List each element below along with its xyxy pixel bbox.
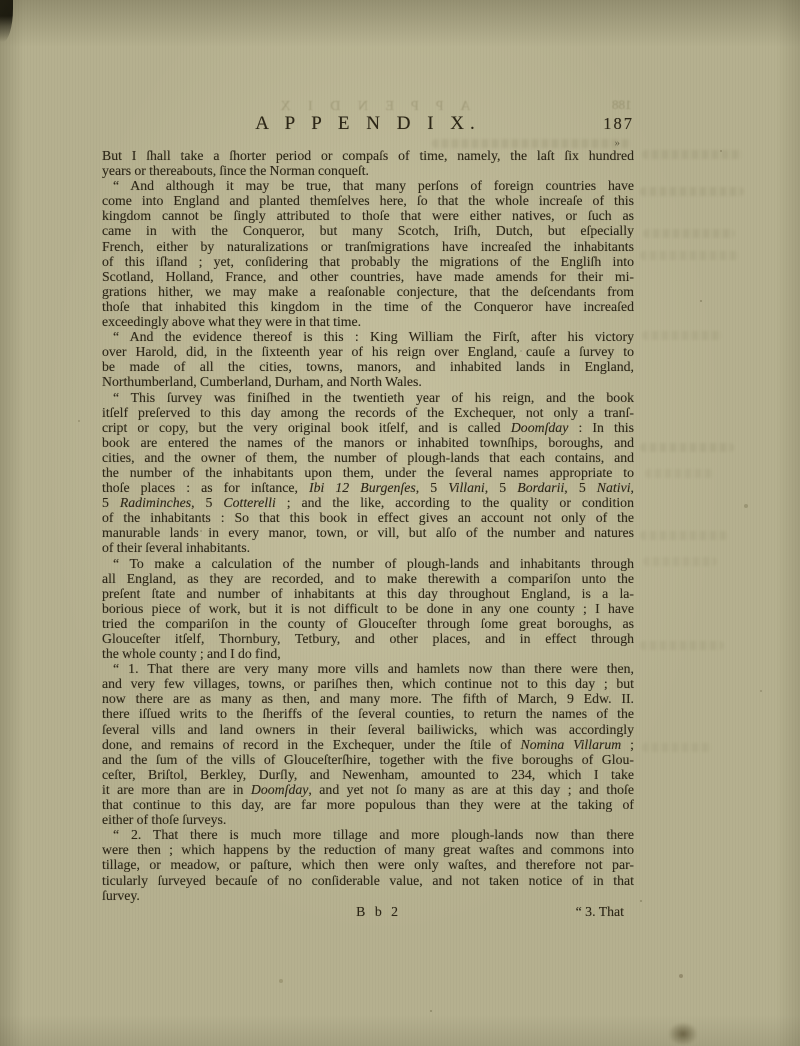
page-footer: B b 2 “ 3. That bbox=[102, 904, 634, 922]
signature-mark: B b 2 bbox=[356, 904, 401, 920]
bleedthrough-trace bbox=[642, 743, 712, 752]
bleedthrough-trace bbox=[640, 251, 739, 260]
bleedthrough-trace bbox=[643, 229, 735, 238]
bleedthrough-page-number: 188 bbox=[612, 97, 632, 113]
bleedthrough-trace bbox=[640, 443, 734, 452]
bleedthrough-trace bbox=[645, 469, 713, 478]
paragraph-1: But I ſhall take a ſhorter period or com… bbox=[102, 148, 634, 178]
text-column: A P P E N D I X A P P E N D I X. 188 187… bbox=[102, 112, 634, 922]
paragraph-3: “ And the evidence thereof is this : Kin… bbox=[102, 329, 634, 389]
bleedthrough-trace bbox=[643, 557, 717, 566]
bleedthrough-trace bbox=[640, 641, 724, 650]
bleedthrough-trace bbox=[642, 331, 722, 340]
page-number: 187 bbox=[603, 114, 634, 134]
bleedthrough-trace bbox=[640, 531, 728, 540]
paragraph-5: “ To make a calculation of the number of… bbox=[102, 556, 634, 662]
paragraph-4: “ This ſurvey was finiſhed in the twenti… bbox=[102, 390, 634, 556]
paragraph-7: “ 2. That there is much more tillage and… bbox=[102, 827, 634, 902]
page-corner-ink-blot bbox=[0, 0, 13, 42]
catchword: “ 3. That bbox=[576, 904, 624, 920]
paragraph-2: “ And although it may be true, that many… bbox=[102, 178, 634, 329]
page-body-text: But I ſhall take a ſhorter period or com… bbox=[102, 148, 634, 903]
scanned-book-page: A P P E N D I X A P P E N D I X. 188 187… bbox=[0, 0, 800, 1046]
bleedthrough-trace bbox=[642, 150, 742, 159]
paper-smudge bbox=[668, 1022, 698, 1046]
bleedthrough-trace bbox=[640, 187, 744, 196]
paragraph-6: “ 1. That there are very many more vills… bbox=[102, 661, 634, 827]
page-title: A P P E N D I X. bbox=[255, 113, 481, 135]
running-header: A P P E N D I X A P P E N D I X. 188 187… bbox=[102, 112, 634, 148]
margin-quote-mark: » bbox=[615, 137, 621, 149]
